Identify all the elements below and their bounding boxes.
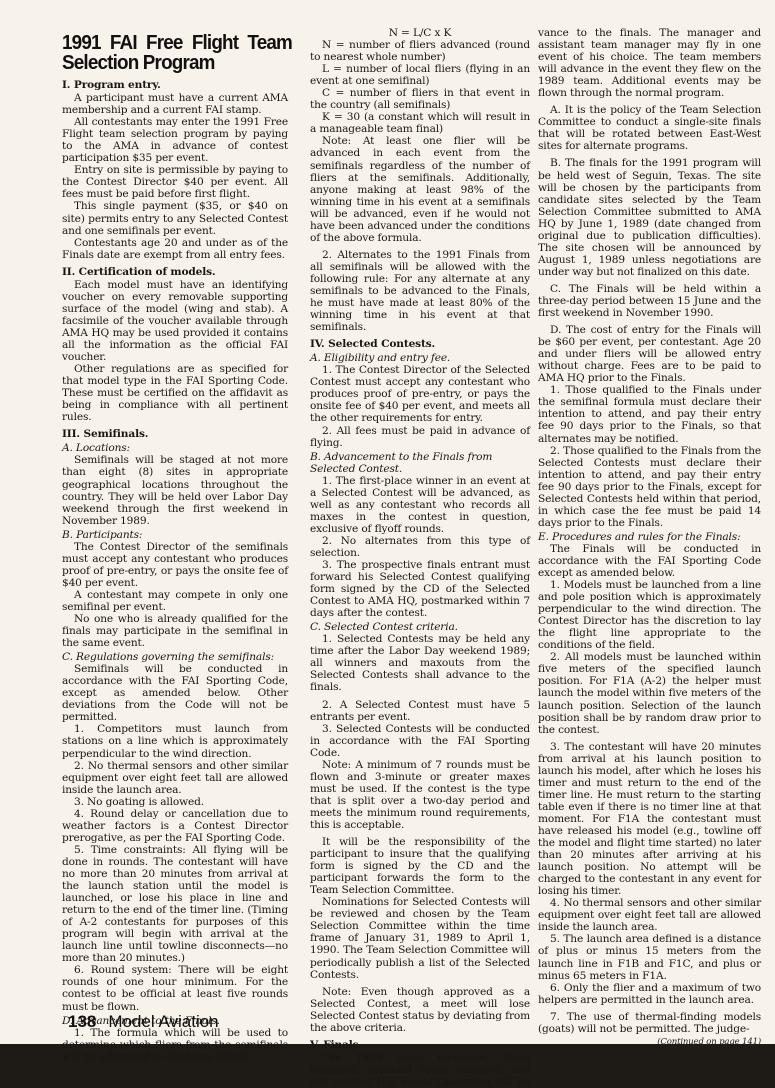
paragraph: Semifinals will be conducted in accordan…: [62, 663, 288, 723]
subsection-heading: C. Selected Contest criteria.: [310, 621, 530, 633]
column-1: 1991 FAI Free Flight Team Selection Prog…: [62, 33, 288, 1054]
paragraph: 3. Selected Contests will be conducted i…: [310, 723, 530, 759]
section-heading: II. Certification of models.: [62, 266, 288, 278]
paragraph-continued: vance to the finals. The manager and ass…: [538, 27, 761, 99]
formula-note: Note: At least one flier will be advance…: [310, 135, 530, 243]
paragraph: 3. No goating is allowed.: [62, 796, 288, 808]
paragraph: 2. A Selected Contest must have 5 entran…: [310, 699, 530, 723]
magazine-page: 1991 FAI Free Flight Team Selection Prog…: [0, 0, 775, 1044]
paragraph: 2. Alternates to the 1991 Finals from al…: [310, 249, 530, 333]
paragraph: 4. Round delay or cancellation due to we…: [62, 808, 288, 844]
paragraph: C. The Finals will be held within a thre…: [538, 283, 761, 319]
subsection-heading: B. Participants:: [62, 529, 288, 541]
section-heading: I. Program entry.: [62, 79, 288, 91]
paragraph: It will be the responsibility of the par…: [310, 836, 530, 896]
page-number: 138: [68, 1012, 96, 1031]
paragraph: Entry on site is permissible by paying t…: [62, 164, 288, 200]
paragraph: 1. The first-place winner in an event at…: [310, 475, 530, 535]
section-heading: V. Finals.: [310, 1039, 530, 1051]
paragraph: 1. Those qualified to the Finals under t…: [538, 384, 761, 444]
paragraph: 3. The contestant will have 20 minutes f…: [538, 741, 761, 898]
paragraph: Semifinals will be staged at not more th…: [62, 454, 288, 526]
formula-definition: N = number of fliers advanced (round to …: [310, 39, 530, 63]
paragraph: 2. Those qualified to the Finals from th…: [538, 445, 761, 529]
paragraph: Other regulations are as specified for t…: [62, 363, 288, 423]
section-heading: IV. Selected Contests.: [310, 338, 530, 350]
paragraph: The Contest Director of the semifinals m…: [62, 541, 288, 589]
paragraph: A participant must have a current AMA me…: [62, 92, 288, 116]
formula-definition: K = 30 (a constant which will result in …: [310, 111, 530, 135]
paragraph: A contestant may compete in only one sem…: [62, 589, 288, 613]
paragraph: All contestants may enter the 1991 Free …: [62, 116, 288, 164]
paragraph: 2. No thermal sensors and other similar …: [62, 760, 288, 796]
paragraph: B. The finals for the 1991 program will …: [538, 157, 761, 277]
paragraph: 6. Round system: There will be eight rou…: [62, 964, 288, 1012]
subsection-heading: A. Eligibility and entry fee.: [310, 352, 530, 364]
paragraph: Contestants age 20 and under as of the F…: [62, 237, 288, 261]
paragraph: 2. No alternates from this type of selec…: [310, 535, 530, 559]
paragraph: 1. The Contest Director of the Selected …: [310, 364, 530, 424]
paragraph: 1. Competitors must launch from stations…: [62, 723, 288, 759]
paragraph: 6. Only the flier and a maximum of two h…: [538, 982, 761, 1006]
article-title: 1991 FAI Free Flight Team Selection Prog…: [62, 33, 292, 73]
paragraph: 2. All fees must be paid in advance of f…: [310, 425, 530, 449]
paragraph: The Finals will be conducted in accordan…: [538, 543, 761, 579]
paragraph: Each model must have an identifying vouc…: [62, 279, 288, 363]
paragraph: 1. Models must be launched from a line a…: [538, 579, 761, 651]
paragraph: 7. The use of thermal-finding models (go…: [538, 1011, 761, 1035]
finals-intro-continuation: vance to the finals. The manager and ass…: [538, 27, 761, 99]
paragraph: A. It is the policy of the Team Selectio…: [538, 104, 761, 152]
subsection-heading: B. Advancement to the Finals from Select…: [310, 451, 530, 475]
subsection-heading: C. Regulations governing the semifinals:: [62, 651, 288, 663]
subsection-heading: A. Locations:: [62, 442, 288, 454]
paragraph: 5. Time constraints: All flying will be …: [62, 844, 288, 964]
paragraph: Note: A minimum of 7 rounds must be flow…: [310, 759, 530, 831]
section-heading: III. Semifinals.: [62, 428, 288, 440]
paragraph: D. The cost of entry for the Finals will…: [538, 324, 761, 384]
continued-notice: (Continued on page 141): [538, 1036, 761, 1048]
magazine-name: Model Aviation: [108, 1012, 218, 1031]
paragraph: Nominations for Selected Contests will b…: [310, 896, 530, 980]
formula-definition: C = number of fliers in that event in th…: [310, 87, 530, 111]
column-2: N = L/C x K N = number of fliers advance…: [310, 27, 530, 1054]
paragraph: 5. The launch area defined is a distance…: [538, 933, 761, 981]
paragraph: Note: Even though approved as a Selected…: [310, 986, 530, 1034]
paragraph: No one who is already qualified for the …: [62, 613, 288, 649]
page-footer: 138Model Aviation: [68, 1012, 219, 1032]
paragraph: 2. All models must be launched within fi…: [538, 651, 761, 735]
formula-definition: L = number of local fliers (flying in an…: [310, 63, 530, 87]
column-3: vance to the finals. The manager and ass…: [538, 27, 761, 1048]
paragraph: This single payment ($35, or $40 on site…: [62, 200, 288, 236]
subsection-heading: E. Procedures and rules for the Finals:: [538, 531, 761, 543]
formula: N = L/C x K: [310, 27, 530, 39]
paragraph: 3. The prospective finals entrant must f…: [310, 559, 530, 619]
paragraph: 1. Selected Contests may be held any tim…: [310, 633, 530, 693]
paragraph: 4. No thermal sensors and other similar …: [538, 897, 761, 933]
